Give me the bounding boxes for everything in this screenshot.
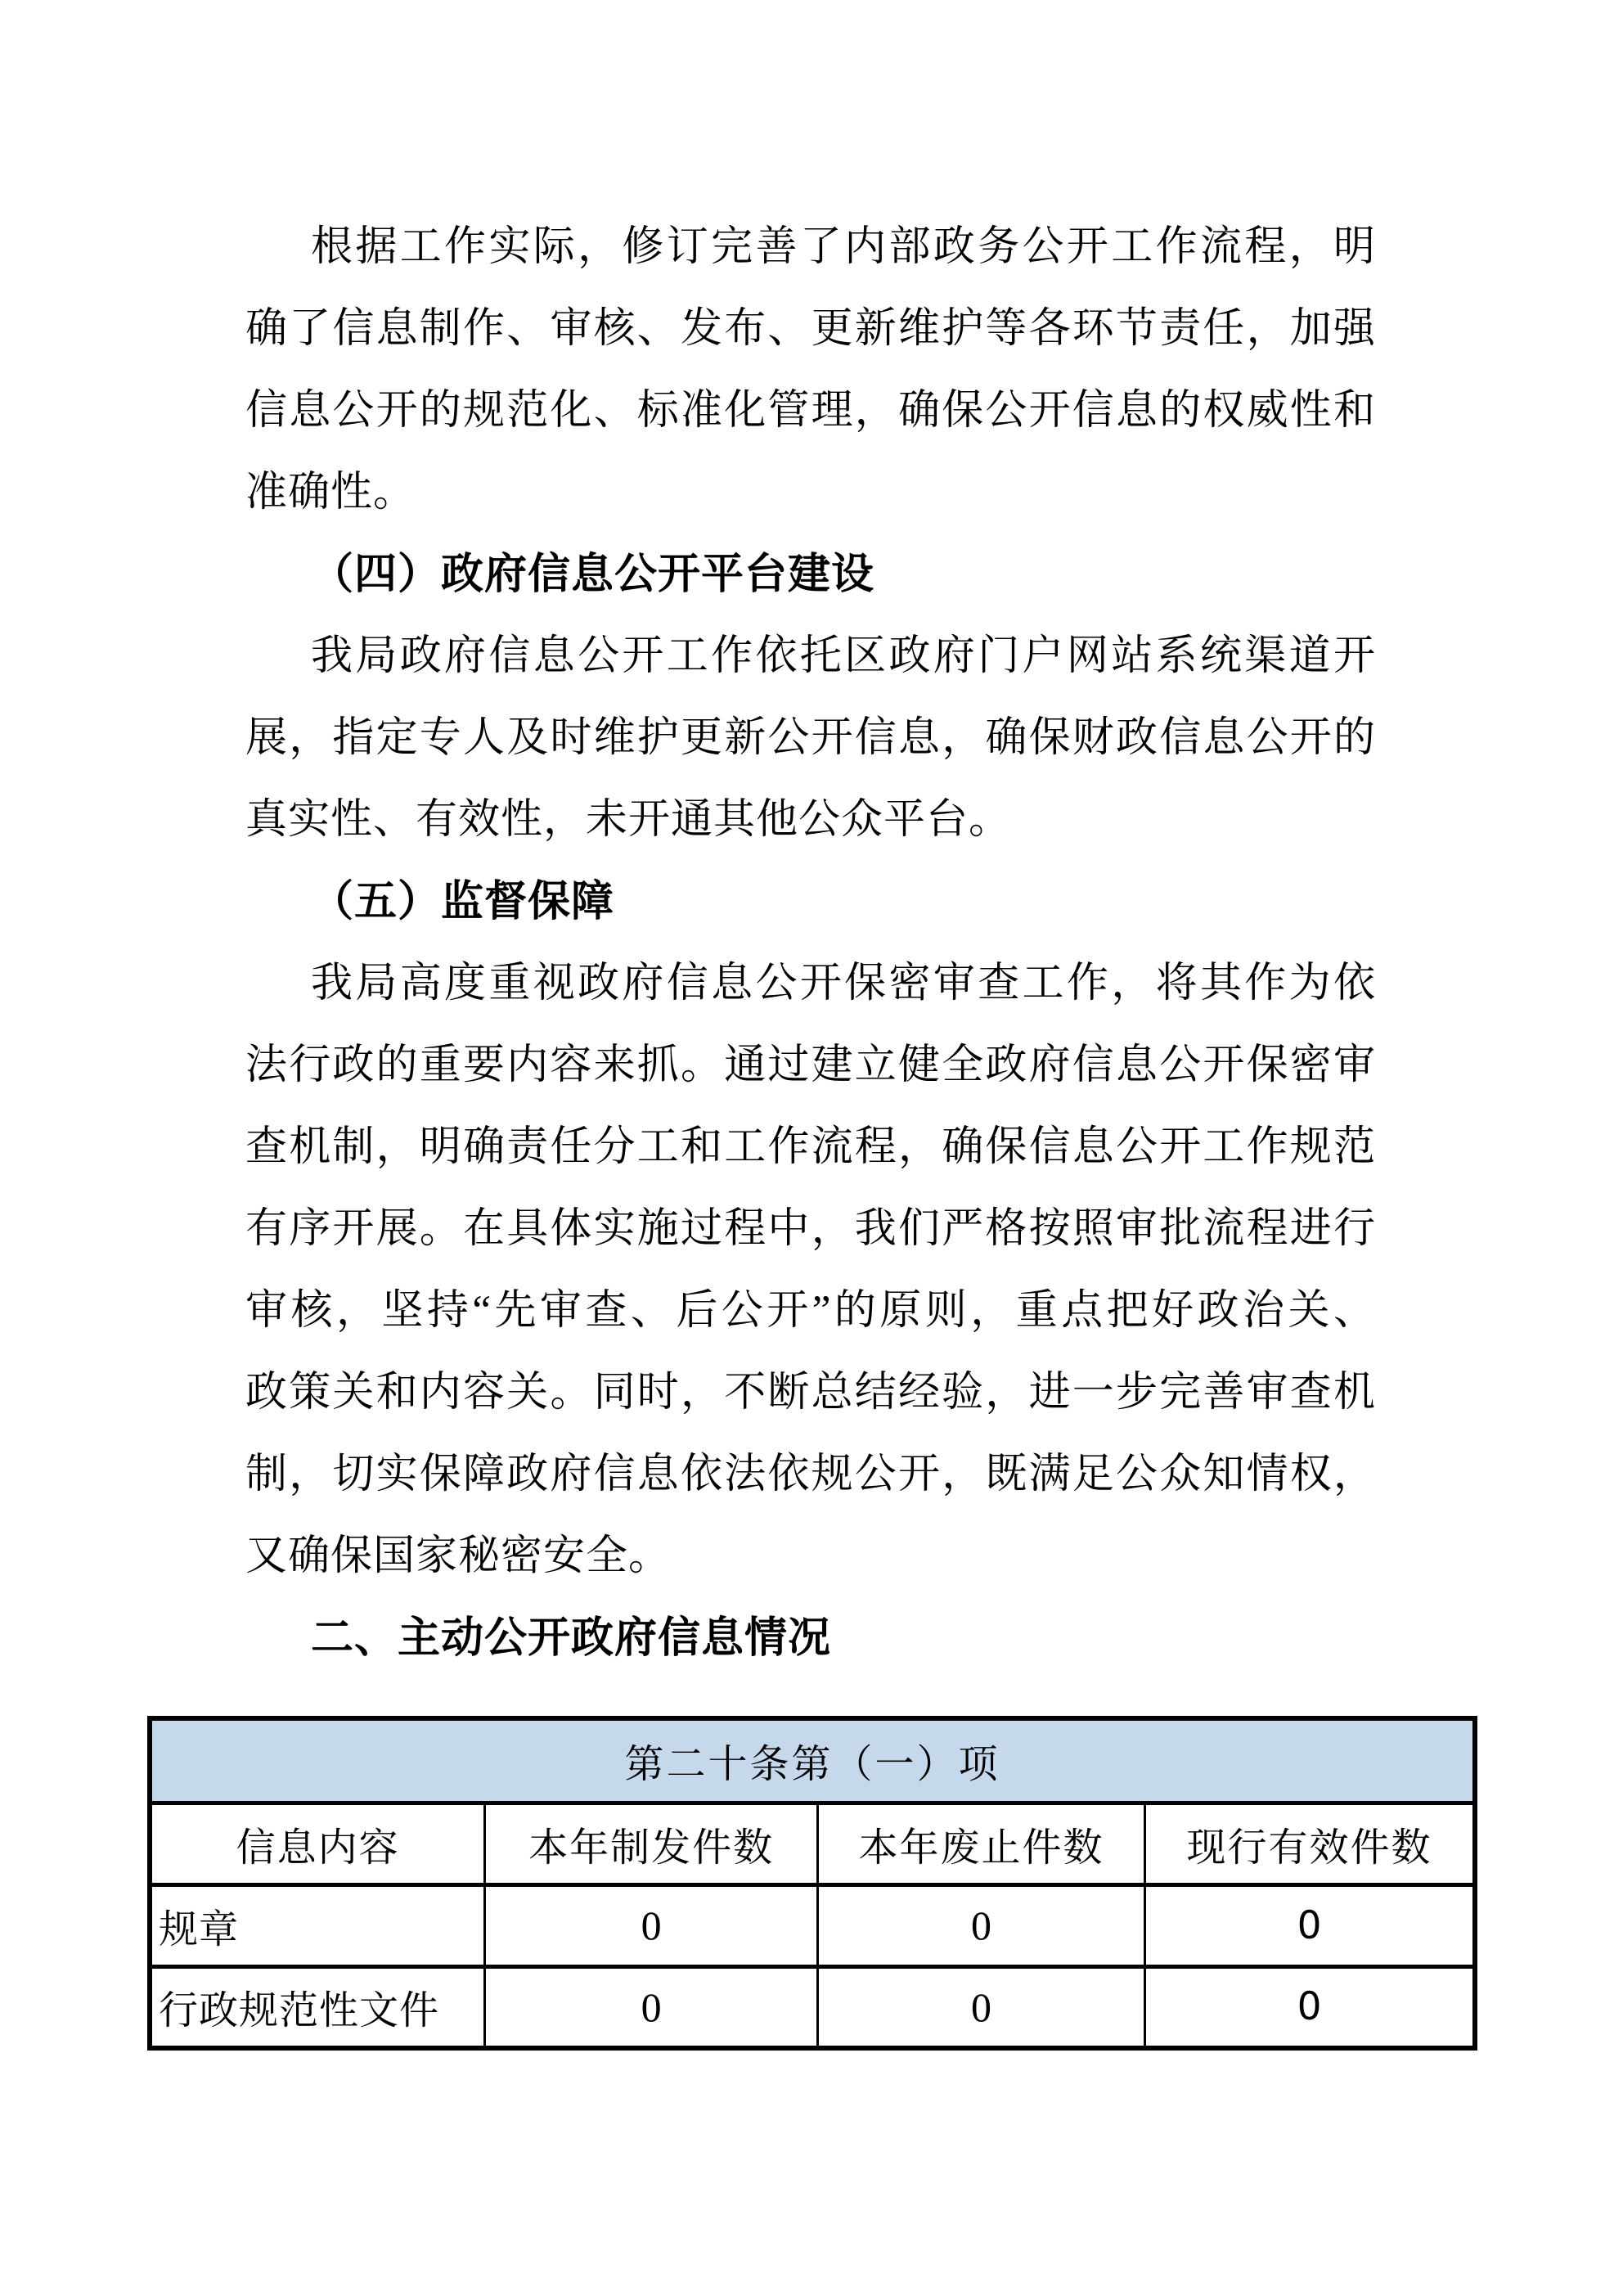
paragraph-line: 有序开展。在具体实施过程中，我们严格按照审批流程进行 bbox=[245, 1188, 1376, 1270]
paragraph-line: 制，切实保障政府信息依法依规公开，既满足公众知情权， bbox=[245, 1434, 1376, 1515]
cell-value: 0 bbox=[485, 1884, 818, 1966]
paragraph-line: 审核，坚持“先审查、后公开”的原则，重点把好政治关、 bbox=[245, 1270, 1376, 1352]
section-heading-4: （四）政府信息公开平台建设 bbox=[245, 533, 1376, 615]
cell-value: 0 bbox=[1145, 1884, 1475, 1966]
paragraph-line: 查机制，明确责任分工和工作流程，确保信息公开工作规范 bbox=[245, 1106, 1376, 1188]
section-heading-5: （五）监督保障 bbox=[245, 861, 1376, 943]
column-header-currently-valid: 现行有效件数 bbox=[1145, 1803, 1475, 1884]
cell-value: 0 bbox=[1145, 1966, 1475, 2048]
paragraph-line: 准确性。 bbox=[245, 452, 1376, 533]
paragraph-line: 政策关和内容关。同时，不断总结经验，进一步完善审查机 bbox=[245, 1352, 1376, 1434]
document-page: 根据工作实际，修订完善了内部政务公开工作流程，明 确了信息制作、审核、发布、更新… bbox=[0, 0, 1623, 2296]
paragraph-line: 确了信息制作、审核、发布、更新维护等各环节责任，加强 bbox=[245, 288, 1376, 370]
column-header-issued-this-year: 本年制发件数 bbox=[485, 1803, 818, 1884]
paragraph-line: 我局高度重视政府信息公开保密审查工作，将其作为依 bbox=[245, 943, 1376, 1024]
paragraph-line: 展，指定专人及时维护更新公开信息，确保财政信息公开的 bbox=[245, 697, 1376, 779]
row-label: 行政规范性文件 bbox=[150, 1966, 485, 2048]
paragraph: 我局政府信息公开工作依托区政府门户网站系统渠道开 展，指定专人及时维护更新公开信… bbox=[245, 615, 1376, 861]
row-label: 规章 bbox=[150, 1884, 485, 1966]
disclosure-statistics-table: 第二十条第（一）项 信息内容 本年制发件数 本年废止件数 现行有效件数 规章 0… bbox=[147, 1716, 1477, 2051]
paragraph-line: 根据工作实际，修订完善了内部政务公开工作流程，明 bbox=[245, 206, 1376, 288]
cell-value: 0 bbox=[485, 1966, 818, 2048]
cell-value: 0 bbox=[817, 1884, 1144, 1966]
paragraph-line: 真实性、有效性，未开通其他公众平台。 bbox=[245, 779, 1376, 861]
paragraph: 根据工作实际，修订完善了内部政务公开工作流程，明 确了信息制作、审核、发布、更新… bbox=[245, 206, 1376, 533]
table-row: 规章 0 0 0 bbox=[150, 1884, 1475, 1966]
column-header-repealed-this-year: 本年废止件数 bbox=[817, 1803, 1144, 1884]
table-title-row: 第二十条第（一）项 bbox=[150, 1718, 1475, 1803]
paragraph-line: 我局政府信息公开工作依托区政府门户网站系统渠道开 bbox=[245, 615, 1376, 697]
cell-value: 0 bbox=[817, 1966, 1144, 2048]
table-row: 行政规范性文件 0 0 0 bbox=[150, 1966, 1475, 2048]
table-header-row: 信息内容 本年制发件数 本年废止件数 现行有效件数 bbox=[150, 1803, 1475, 1884]
paragraph-line: 信息公开的规范化、标准化管理，确保公开信息的权威性和 bbox=[245, 370, 1376, 452]
paragraph-line: 法行政的重要内容来抓。通过建立健全政府信息公开保密审 bbox=[245, 1024, 1376, 1106]
paragraph-line: 又确保国家秘密安全。 bbox=[245, 1515, 1376, 1597]
table-title: 第二十条第（一）项 bbox=[150, 1718, 1475, 1803]
section-heading-2: 二、主动公开政府信息情况 bbox=[245, 1597, 1376, 1679]
paragraph: 我局高度重视政府信息公开保密审查工作，将其作为依 法行政的重要内容来抓。通过建立… bbox=[245, 943, 1376, 1597]
column-header-info-content: 信息内容 bbox=[150, 1803, 485, 1884]
document-body: 根据工作实际，修订完善了内部政务公开工作流程，明 确了信息制作、审核、发布、更新… bbox=[245, 206, 1376, 1679]
